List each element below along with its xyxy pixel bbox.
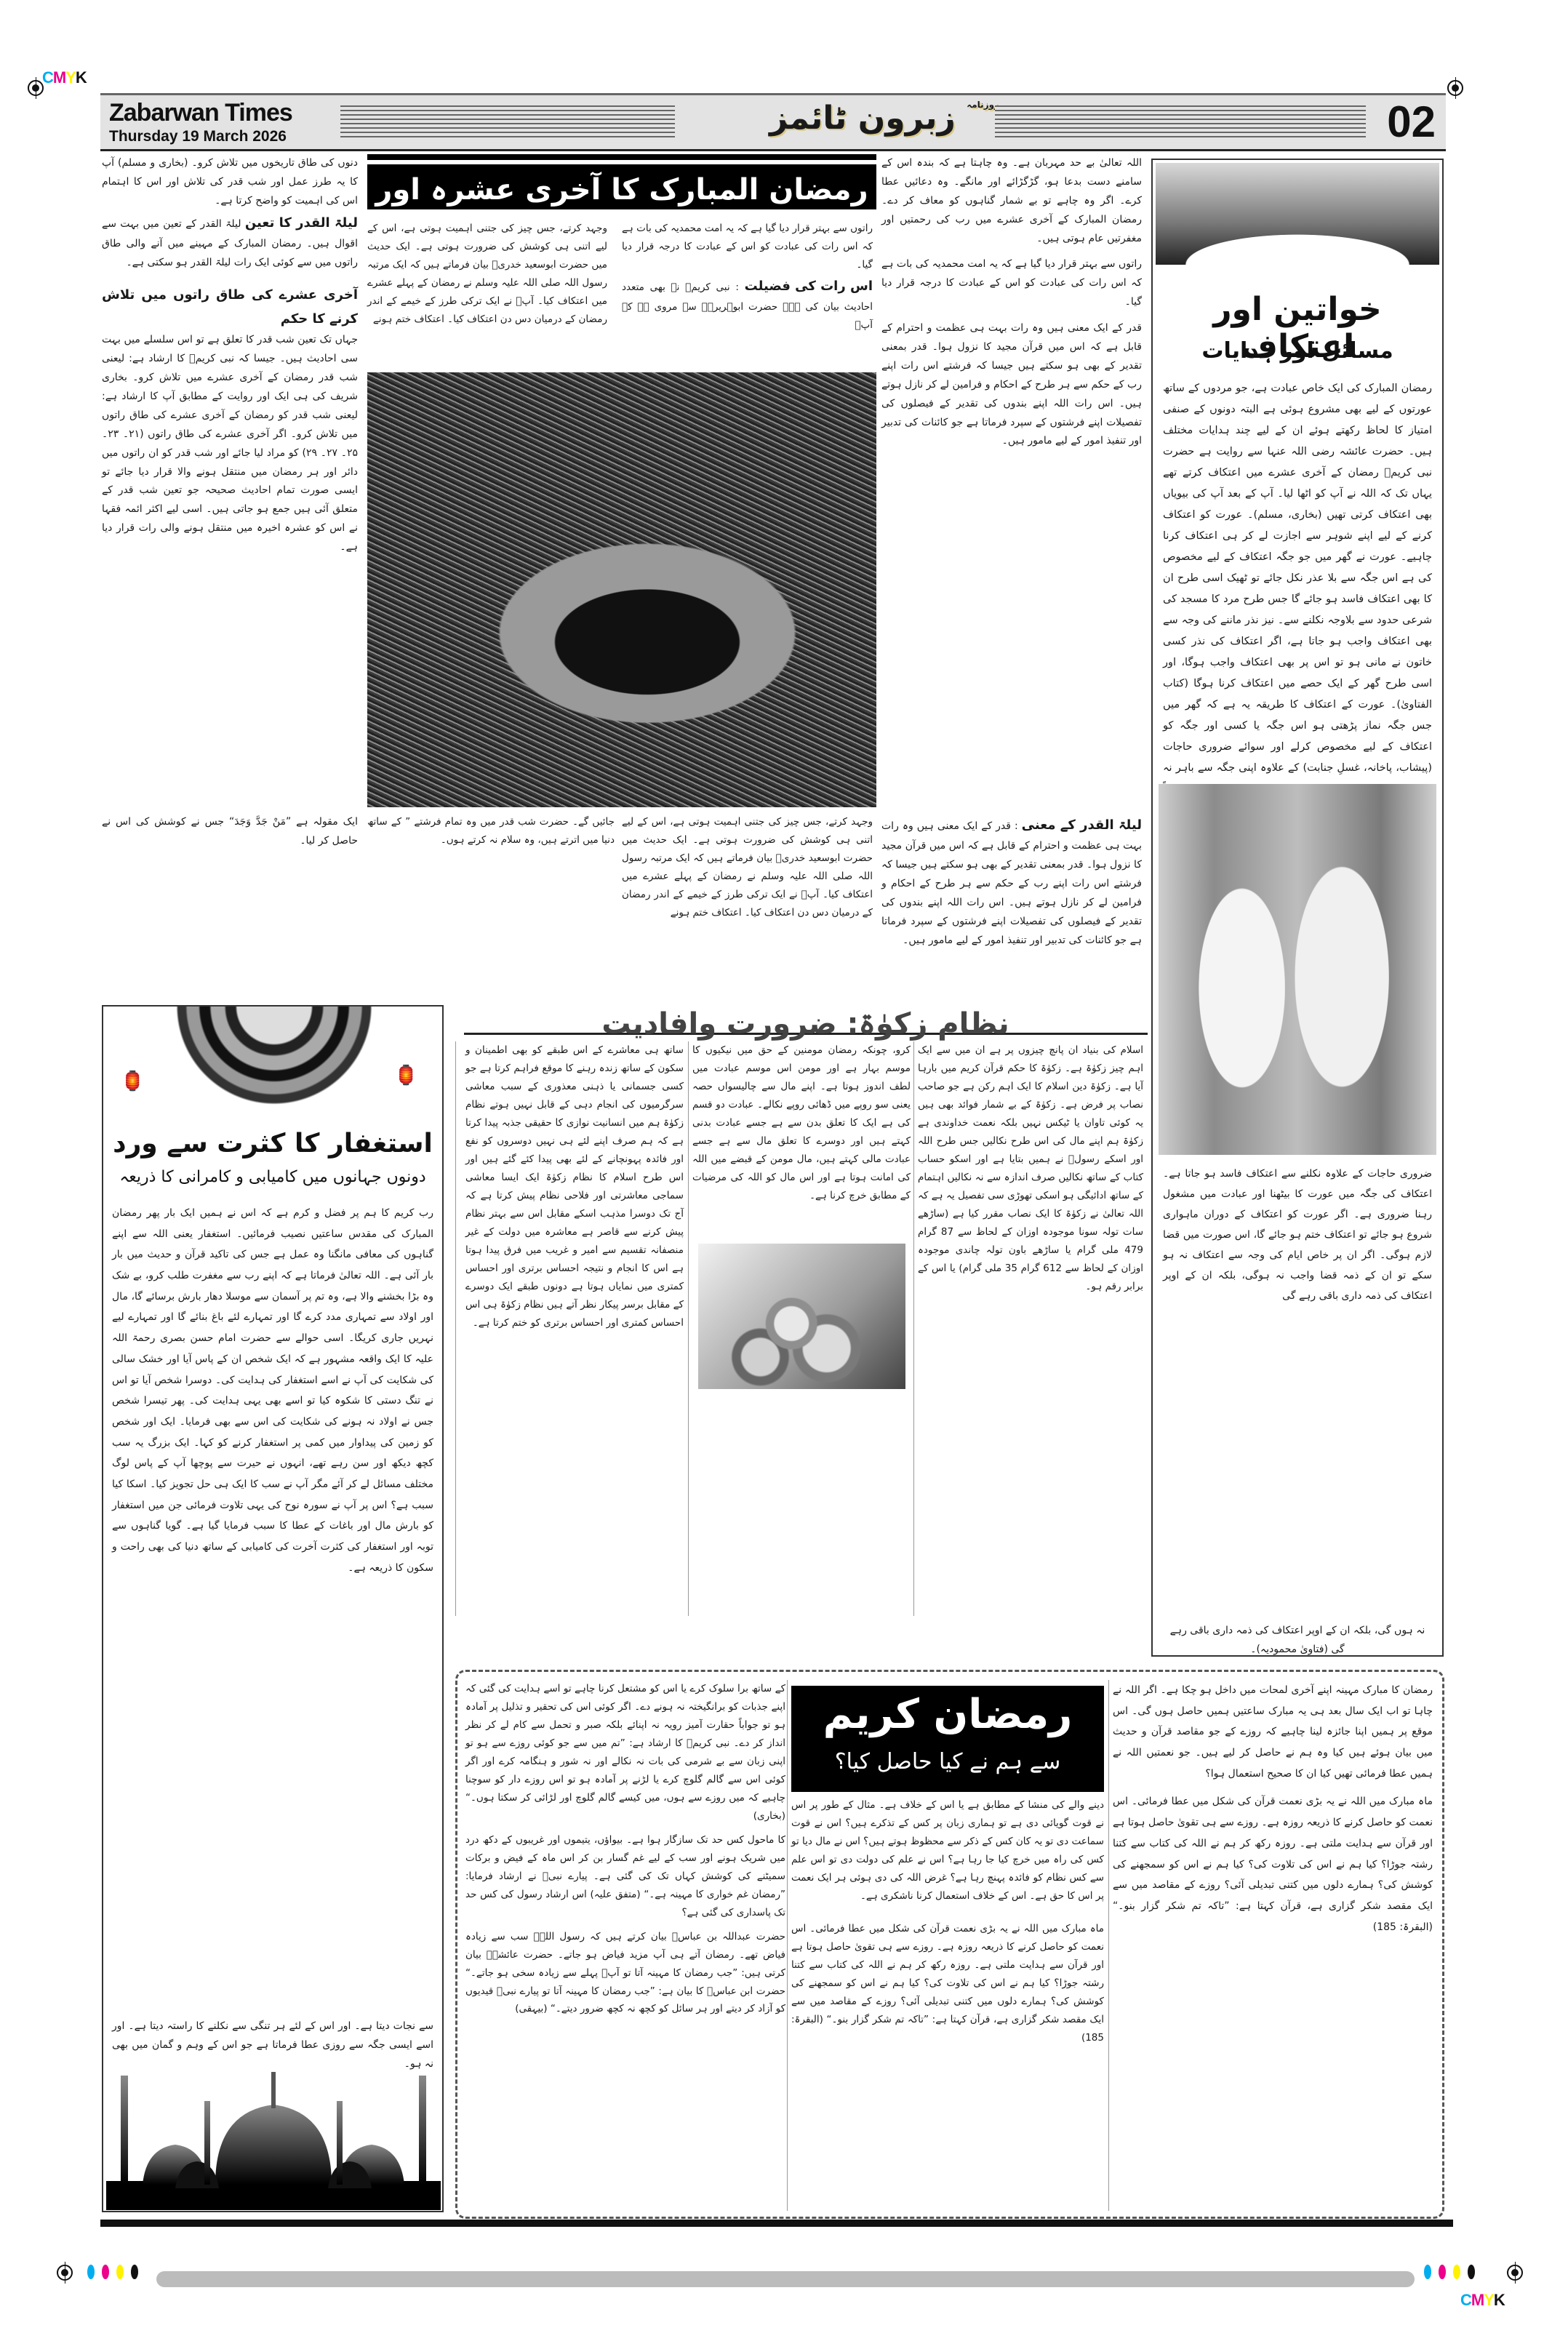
istighfar-article-box: 🏮 🏮 استغفار کا کثرت سے ورد دونوں جہانوں … <box>102 1005 444 2212</box>
lantern-icon: 🏮 <box>121 1071 144 1092</box>
paragraph: راتوں سے بہتر قرار دیا گیا ہے کہ یہ امت … <box>881 255 1142 312</box>
column-rule <box>787 1680 788 2211</box>
paragraph: راتوں سے بہتر قرار دیا گیا ہے کہ یہ امت … <box>622 220 873 274</box>
black-dot <box>1468 2265 1475 2279</box>
istighfar-subheadline: دونوں جہانوں میں کامیابی و کامرانی کا ذر… <box>103 1168 442 1186</box>
cyan-dot <box>87 2265 95 2279</box>
issue-date: Thursday 19 March 2026 <box>109 127 292 146</box>
page-number: 02 <box>1387 98 1436 146</box>
main-article-col-right: اللہ تعالیٰ بے حد مہربان ہے۔ وہ چاہتا ہے… <box>881 154 1142 451</box>
black-dot <box>131 2265 138 2279</box>
coins-in-hand-photo <box>698 1244 905 1389</box>
cmyk-label-bottom: CMYK <box>1460 2291 1505 2310</box>
islamic-mandala-ornament <box>125 1007 423 1116</box>
ramadan-karim-subheadline: سے ہم نے کیا حاصل کیا؟ <box>791 1744 1104 1780</box>
column-rule <box>913 1041 914 1616</box>
main-article-lower-right: لیلۃ القدر کے معنی : قدر کے ایک معنی ہیں… <box>881 813 1142 951</box>
magenta-dot <box>102 2265 109 2279</box>
lantern-icon: 🏮 <box>394 1065 417 1087</box>
itikaf-article-box: خواتین اور اعتکاف مسائل اور ہدایات رمضان… <box>1151 159 1444 1657</box>
main-article-maqula: ایک مقولہ ہے ”مَنْ جَدَّ وَجَدَ“ جس نے ک… <box>102 813 358 851</box>
ramadan-karim-col-left: کے ساتھ برا سلوک کرے یا اس کو مشتعل کرنا… <box>465 1680 785 2018</box>
paragraph: ماہ مبارک میں اللہ نے یہ بڑی نعمت قرآن ک… <box>1113 1791 1433 1937</box>
registration-mark-icon <box>57 2265 73 2281</box>
subheading-fazilat: اس رات کی فضیلت <box>745 274 873 298</box>
ramadan-karim-col-under-title: دینے والے کی منشا کے مطابق ہے یا اس کے خ… <box>791 1796 1104 1905</box>
registration-mark-icon <box>1447 80 1463 96</box>
subheading-lailat-tayyun: لیلۃ القدر کا تعین <box>245 211 358 235</box>
footer-rule <box>100 2220 1453 2227</box>
decorative-lines-right <box>995 105 1366 140</box>
cmyk-label-top: CMYK <box>42 68 87 87</box>
main-article-col-left: دنوں کی طاق تاریخوں میں تلاش کرو۔ (بخاری… <box>102 154 358 557</box>
paragraph: جہاں تک تعین شب قدر کا تعلق ہے تو اس سلس… <box>102 331 358 557</box>
mosque-banner-image <box>1156 163 1439 265</box>
newspaper-title-english: Zabarwan Times <box>109 98 292 127</box>
zakat-col-2: کرو، چونکہ رمضان مومنین کے حق میں نیکیوں… <box>692 1041 911 1205</box>
paragraph: رمضان کا مبارک مہینہ اپنے آخری لمحات میں… <box>1113 1680 1433 1784</box>
color-slug-bar <box>156 2271 1415 2287</box>
masthead-english: Zabarwan Times Thursday 19 March 2026 <box>109 98 292 146</box>
subheading-lailat-mani: لیلۃ القدر کے معنی <box>1022 813 1142 837</box>
magenta-dot <box>1439 2265 1446 2279</box>
main-article-lower-a: وجہد کرتے، جس چیز کی جتنی اہمیت ہوتی ہے،… <box>622 813 873 922</box>
registration-mark-icon <box>1507 2265 1523 2281</box>
registration-mark-icon <box>28 80 44 96</box>
itikaf-closing: نہ ہوں گی، بلکہ ان کے اوپر اعتکاف کی ذمہ… <box>1163 1622 1432 1660</box>
main-article-col-a: راتوں سے بہتر قرار دیا گیا ہے کہ یہ امت … <box>622 220 873 335</box>
kaaba-aerial-photo <box>367 372 876 807</box>
ramadan-karim-headline-bar: رمضان کریم سے ہم نے کیا حاصل کیا؟ <box>791 1686 1104 1792</box>
paragraph: جائیں گے۔ حضرت شب قدر میں وہ تمام فرشتے … <box>367 813 615 849</box>
paragraph: کے ساتھ برا سلوک کرے یا اس کو مشتعل کرنا… <box>465 1680 785 1825</box>
masthead: Zabarwan Times Thursday 19 March 2026 رو… <box>100 93 1446 151</box>
women-reading-quran-photo <box>1159 784 1436 1155</box>
paragraph: وجہد کرتے، جس چیز کی جتنی اہمیت ہوتی ہے،… <box>622 813 873 922</box>
paragraph: وجہد کرتے، جس چیز کی جتنی اہمیت ہوتی ہے،… <box>367 220 607 329</box>
paragraph: حضرت عبداللہ بن عباسؓ بیان کرتے ہیں کہ ر… <box>465 1928 785 2019</box>
cyan-dot <box>1424 2265 1431 2279</box>
main-article-headline-bar: رمضان المبارک کا آخری عشرہ اور طاق راتیں <box>367 154 876 214</box>
itikaf-subheadline: مسائل اور ہدایات <box>1153 338 1442 364</box>
decorative-lines-left <box>340 105 675 140</box>
paragraph: کا ماحول کس حد تک سازگار ہوا ہے۔ بیواؤں،… <box>465 1831 785 1922</box>
zakat-col-3: ساتھ ہی معاشرے کے اس طبقے کو بھی اطمینان… <box>465 1041 684 1332</box>
paragraph: قدر کے ایک معنی ہیں وہ رات بہت ہی عظمت و… <box>881 319 1142 451</box>
newspaper-title-urdu: روزنامہ زبرون ٹائمز <box>769 100 999 137</box>
zakat-col-1: اسلام کی بنیاد ان پانچ چیزوں پر ہے ان می… <box>918 1041 1143 1296</box>
column-rule <box>688 1041 689 1616</box>
paragraph: ایک مقولہ ہے ”مَنْ جَدَّ وَجَدَ“ جس نے ک… <box>102 813 358 851</box>
zakat-headline: نظام زکوٰۃ: ضرورت وافادیت <box>465 1007 1145 1041</box>
subheading-talash: آخری عشرے کی طاق راتوں میں تلاش کرنے کا … <box>102 283 358 332</box>
paragraph: اللہ تعالیٰ بے حد مہربان ہے۔ وہ چاہتا ہے… <box>881 154 1142 248</box>
itikaf-body-2: ضروری حاجات کے علاوہ نکلنے سے اعتکاف فاس… <box>1163 1164 1432 1306</box>
column-rule <box>1108 1680 1109 2211</box>
main-article-lower-b: جائیں گے۔ حضرت شب قدر میں وہ تمام فرشتے … <box>367 813 615 849</box>
ramadan-karim-col-right-continued: ماہ مبارک میں اللہ نے یہ بڑی نعمت قرآن ک… <box>791 1920 1104 2047</box>
yellow-dot <box>116 2265 124 2279</box>
istighfar-headline: استغفار کا کثرت سے ورد <box>103 1129 442 1159</box>
mosque-silhouette <box>106 2061 441 2210</box>
paragraph: قدر کے ایک معنی ہیں وہ رات بہت ہی عظمت و… <box>881 820 1142 946</box>
yellow-dot <box>1453 2265 1460 2279</box>
ramadan-karim-intro: رمضان کا مبارک مہینہ اپنے آخری لمحات میں… <box>1113 1680 1433 1937</box>
paragraph: دنوں کی طاق تاریخوں میں تلاش کرو۔ (بخاری… <box>102 154 358 211</box>
main-article-col-b: وجہد کرتے، جس چیز کی جتنی اہمیت ہوتی ہے،… <box>367 220 607 329</box>
column-rule <box>455 1041 456 1616</box>
istighfar-body: رب کریم کا ہم پر فضل و کرم ہے کہ اس نے ہ… <box>112 1203 433 1578</box>
ramadan-karim-headline: رمضان کریم <box>791 1686 1104 1744</box>
